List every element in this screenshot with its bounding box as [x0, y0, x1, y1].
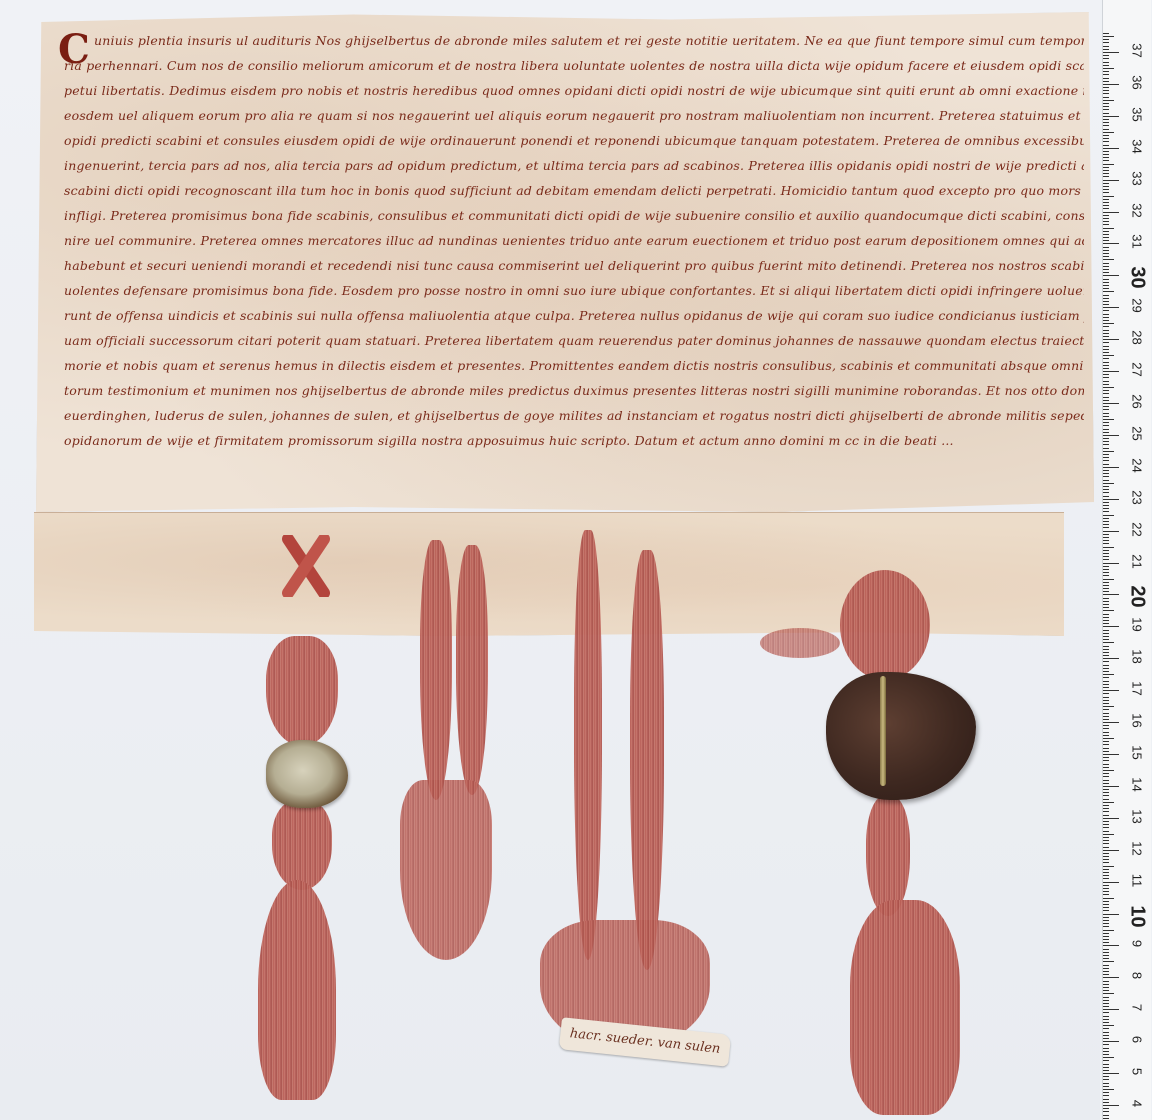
ruler-tick	[1103, 355, 1114, 356]
ruler-tick	[1103, 582, 1109, 583]
ruler-tick	[1103, 202, 1109, 203]
ruler-tick	[1103, 987, 1109, 988]
ruler-tick	[1103, 898, 1114, 899]
ruler-tick	[1103, 377, 1109, 378]
ruler-label: 35	[1130, 102, 1145, 126]
ruler-label: 22	[1130, 517, 1145, 541]
ruler-tick	[1103, 563, 1119, 564]
ruler-label: 12	[1130, 836, 1145, 860]
ruler-label: 24	[1130, 453, 1145, 477]
ruler-tick	[1103, 805, 1109, 806]
ruler-tick	[1103, 259, 1114, 260]
ruler-tick	[1103, 374, 1109, 375]
ruler-tick	[1103, 614, 1109, 615]
ruler-tick	[1103, 1057, 1114, 1058]
ruler-tick	[1103, 119, 1109, 120]
ruler-tick	[1103, 939, 1109, 940]
ruler-tick	[1103, 703, 1109, 704]
ruler-tick	[1103, 738, 1114, 739]
ruler-tick	[1103, 231, 1109, 232]
ruler-tick	[1103, 489, 1109, 490]
ruler-tick	[1103, 633, 1109, 634]
charter-text-line: opidanorum de wije et firmitatem promiss…	[64, 428, 1084, 453]
ruler-tick	[1103, 646, 1109, 647]
ruler-tick	[1103, 808, 1109, 809]
ruler-tick	[1103, 129, 1109, 130]
ruler-tick	[1103, 748, 1109, 749]
ruler-tick	[1103, 923, 1109, 924]
ruler-tick	[1103, 1089, 1114, 1090]
ruler-tick	[1103, 464, 1109, 465]
ruler-tick	[1103, 831, 1109, 832]
ruler-tick	[1103, 279, 1109, 280]
ruler-tick	[1103, 971, 1109, 972]
ruler-tick	[1103, 607, 1109, 608]
ruler-tick	[1103, 125, 1109, 126]
ruler-tick	[1103, 189, 1109, 190]
ruler-tick	[1103, 339, 1119, 340]
ruler-tick	[1103, 713, 1109, 714]
ruler-tick	[1103, 432, 1109, 433]
ruler-tick	[1103, 167, 1109, 168]
ruler-tick	[1103, 116, 1119, 117]
ruler-label: 4	[1130, 1092, 1145, 1116]
ruler-tick	[1103, 859, 1109, 860]
ruler-tick	[1103, 569, 1109, 570]
ruler-tick	[1103, 320, 1109, 321]
ruler-tick	[1103, 955, 1109, 956]
ruler-tick	[1103, 811, 1109, 812]
ruler-tick	[1103, 665, 1109, 666]
ruler-tick	[1103, 1079, 1109, 1080]
charter-text-line: ingenuerint, tercia pars ad nos, alia te…	[64, 153, 1084, 178]
ruler-label: 20	[1126, 585, 1149, 609]
ruler-tick	[1103, 910, 1109, 911]
ruler-tick	[1103, 39, 1109, 40]
ruler-tick	[1103, 700, 1109, 701]
ruler-tick	[1103, 141, 1109, 142]
ruler-tick	[1103, 630, 1109, 631]
ruler-tick	[1103, 58, 1109, 59]
charter-text-line: uolentes defensare promisimus bona fide.…	[64, 278, 1084, 303]
ruler-tick	[1103, 878, 1109, 879]
ruler-tick	[1103, 358, 1109, 359]
ruler-tick	[1103, 984, 1109, 985]
ruler-tick	[1103, 109, 1109, 110]
ruler-tick	[1103, 314, 1109, 315]
ruler-tick	[1103, 103, 1109, 104]
ruler-tick	[1103, 151, 1109, 152]
ruler-tick	[1103, 888, 1109, 889]
ruler-tick	[1103, 199, 1109, 200]
ruler-label: 26	[1130, 390, 1145, 414]
ruler-tick	[1103, 499, 1119, 500]
ruler-tick	[1103, 553, 1109, 554]
ruler-tick	[1103, 390, 1109, 391]
ruler-tick	[1103, 961, 1114, 962]
ruler-tick	[1103, 448, 1109, 449]
charter-text-line: morie et nobis quam et serenus hemus in …	[64, 353, 1084, 378]
ruler-tick	[1103, 515, 1114, 516]
ruler-tick	[1103, 52, 1119, 53]
ruler-tick	[1103, 674, 1114, 675]
ruler-label: 7	[1130, 996, 1145, 1020]
ruler-tick	[1103, 160, 1109, 161]
ruler-tick	[1103, 135, 1109, 136]
ruler-tick	[1103, 642, 1114, 643]
ruler-tick	[1103, 106, 1109, 107]
ruler-tick	[1103, 840, 1109, 841]
ruler-tick	[1103, 754, 1119, 755]
ruler-tick	[1103, 795, 1109, 796]
ruler-label: 28	[1130, 326, 1145, 350]
ruler-tick	[1103, 196, 1114, 197]
ruler-label: 8	[1130, 964, 1145, 988]
ruler-tick	[1103, 46, 1109, 47]
ruler-tick	[1103, 579, 1114, 580]
ruler-tick	[1103, 81, 1109, 82]
ruler-label: 31	[1130, 230, 1145, 254]
ruler-tick	[1103, 920, 1109, 921]
ruler-tick	[1103, 709, 1109, 710]
ruler-tick	[1103, 307, 1119, 308]
ruler-tick	[1103, 1019, 1109, 1020]
ruler-tick	[1103, 1060, 1109, 1061]
ruler-tick	[1103, 170, 1109, 171]
ruler-tick	[1103, 636, 1109, 637]
ruler-tick	[1103, 741, 1109, 742]
ruler-tick	[1103, 524, 1109, 525]
ruler-tick	[1103, 298, 1109, 299]
ruler-label: 18	[1130, 645, 1145, 669]
ruler-tick	[1103, 1099, 1109, 1100]
ruler-label: 33	[1130, 166, 1145, 190]
ruler-tick	[1103, 760, 1109, 761]
ruler-tick	[1103, 470, 1109, 471]
ruler-tick	[1103, 572, 1109, 573]
ruler-tick	[1103, 310, 1109, 311]
ruler-label: 37	[1130, 39, 1145, 63]
ruler-tick	[1103, 744, 1109, 745]
ruler-tick	[1103, 400, 1109, 401]
ruler-tick	[1103, 550, 1109, 551]
ruler-tick	[1103, 68, 1114, 69]
ruler-label: 9	[1130, 932, 1145, 956]
ruler-tick	[1103, 894, 1109, 895]
ruler-tick	[1103, 885, 1109, 886]
ruler-tick	[1103, 827, 1109, 828]
charter-text-line: torum testimonium et munimen nos ghijsel…	[64, 378, 1084, 403]
ruler-tick	[1103, 658, 1119, 659]
ruler-tick	[1103, 49, 1109, 50]
ruler-tick	[1103, 620, 1109, 621]
ruler-tick	[1103, 97, 1109, 98]
ruler-tick	[1103, 387, 1114, 388]
crossed-cord-attachment	[282, 535, 330, 597]
ruler-tick	[1103, 78, 1109, 79]
ruler-tick	[1103, 429, 1109, 430]
ruler-tick	[1103, 853, 1109, 854]
ruler-tick	[1103, 681, 1109, 682]
ruler-tick	[1103, 716, 1109, 717]
ruler-label: 11	[1130, 868, 1145, 892]
ruler-tick	[1103, 192, 1109, 193]
ruler-tick	[1103, 371, 1119, 372]
charter-text-line: infligi. Preterea promisimus bona fide s…	[64, 203, 1084, 228]
ruler-tick	[1103, 936, 1109, 937]
ruler-tick	[1103, 706, 1114, 707]
ruler-tick	[1103, 997, 1109, 998]
ruler-tick	[1103, 113, 1109, 114]
ruler-tick	[1103, 173, 1109, 174]
ruler-tick	[1103, 566, 1109, 567]
ruler-label: 13	[1130, 804, 1145, 828]
ruler-tick	[1103, 476, 1109, 477]
charter-text-line: euerdinghen, luderus de sulen, johannes …	[64, 403, 1084, 428]
ruler-tick	[1103, 1032, 1109, 1033]
ruler-tick	[1103, 93, 1109, 94]
charter-text-line: opidi predicti scabini et consules eiusd…	[64, 128, 1084, 153]
ruler-tick	[1103, 1105, 1119, 1106]
ruler-tick	[1103, 397, 1109, 398]
ruler-tick	[1103, 767, 1109, 768]
ruler-tick	[1103, 1115, 1109, 1116]
ruler-tick	[1103, 480, 1109, 481]
ruler-label: 10	[1126, 904, 1149, 928]
ruler-tick	[1103, 751, 1109, 752]
ruler-tick	[1103, 661, 1109, 662]
ruler-tick	[1103, 591, 1109, 592]
ruler-tick	[1103, 247, 1109, 248]
ruler-tick	[1103, 285, 1109, 286]
ruler-tick	[1103, 157, 1109, 158]
ruler-tick	[1103, 1028, 1109, 1029]
ruler-tick	[1103, 253, 1109, 254]
ruler-tick	[1103, 655, 1109, 656]
ruler-tick	[1103, 534, 1109, 535]
ruler-tick	[1103, 36, 1114, 37]
ruler-tick	[1103, 176, 1109, 177]
charter-text-line: uniuis plentia insuris ul audituris Nos …	[64, 28, 1084, 53]
ruler-tick	[1103, 725, 1109, 726]
ruler-tick	[1103, 234, 1109, 235]
ruler-tick	[1103, 1073, 1119, 1074]
ruler-tick	[1103, 792, 1109, 793]
ruler-tick	[1103, 917, 1109, 918]
ruler-tick	[1103, 186, 1109, 187]
ruler-tick	[1103, 154, 1109, 155]
ruler-tick	[1103, 1095, 1109, 1096]
ruler-tick	[1103, 87, 1109, 88]
ruler-tick	[1103, 850, 1119, 851]
ruler-tick	[1103, 304, 1109, 305]
ruler-tick	[1103, 42, 1109, 43]
ruler-tick	[1103, 559, 1109, 560]
ruler-tick	[1103, 183, 1109, 184]
ruler-label: 29	[1130, 294, 1145, 318]
ruler-tick	[1103, 1111, 1109, 1112]
ruler-tick	[1103, 508, 1109, 509]
ruler-tick	[1103, 65, 1109, 66]
ruler-tick	[1103, 342, 1109, 343]
ruler-tick	[1103, 626, 1119, 627]
ruler-tick	[1103, 317, 1109, 318]
wax-seal-fragment	[266, 740, 348, 808]
ruler-tick	[1103, 84, 1119, 85]
ruler-tick	[1103, 444, 1109, 445]
ruler-tick	[1103, 684, 1109, 685]
ruler-tick	[1103, 722, 1119, 723]
ruler-tick	[1103, 336, 1109, 337]
ruler-tick	[1103, 291, 1114, 292]
ruler-tick	[1103, 735, 1109, 736]
ruler-tick	[1103, 1064, 1109, 1065]
ruler-tick	[1103, 1048, 1109, 1049]
ruler-tick	[1103, 269, 1109, 270]
charter-text-line: nire uel communire. Preterea omnes merca…	[64, 228, 1084, 253]
ruler-tick	[1103, 719, 1109, 720]
ruler-tick	[1103, 228, 1114, 229]
ruler-tick	[1103, 697, 1109, 698]
ruler-tick	[1103, 926, 1109, 927]
ruler-tick	[1103, 505, 1109, 506]
ruler-tick	[1103, 1016, 1109, 1017]
ruler-tick	[1103, 164, 1114, 165]
ruler-tick	[1103, 1025, 1114, 1026]
ruler-tick	[1103, 933, 1109, 934]
ruler-tick	[1103, 990, 1109, 991]
ruler-tick	[1103, 1108, 1109, 1109]
ruler-tick	[1103, 882, 1119, 883]
ruler-tick	[1103, 435, 1119, 436]
ruler-tick	[1103, 365, 1109, 366]
ruler-tick	[1103, 1009, 1119, 1010]
ruler-tick	[1103, 467, 1119, 468]
ruler-label: 34	[1130, 134, 1145, 158]
ruler-tick	[1103, 1083, 1109, 1084]
ruler-tick	[1103, 623, 1109, 624]
ruler-tick	[1103, 693, 1109, 694]
ruler-tick	[1103, 993, 1114, 994]
ruler-tick	[1103, 1092, 1109, 1093]
ruler-tick	[1103, 1070, 1109, 1071]
ruler-tick	[1103, 780, 1109, 781]
ruler-tick	[1103, 218, 1109, 219]
ruler-label: 6	[1130, 1028, 1145, 1052]
ruler-tick	[1103, 473, 1109, 474]
ruler-tick	[1103, 349, 1109, 350]
ruler-label: 21	[1130, 549, 1145, 573]
ruler-tick	[1103, 862, 1109, 863]
ruler-tick	[1103, 1044, 1109, 1045]
ruler-tick	[1103, 977, 1119, 978]
ruler-tick	[1103, 901, 1109, 902]
ruler-tick	[1103, 598, 1109, 599]
ruler-tick	[1103, 1038, 1109, 1039]
ruler-label: 36	[1130, 70, 1145, 94]
ruler-tick	[1103, 90, 1109, 91]
ruler-tick	[1103, 215, 1109, 216]
ruler-tick	[1103, 1003, 1109, 1004]
ruler-tick	[1103, 601, 1109, 602]
ruler-tick	[1103, 834, 1114, 835]
ruler-tick	[1103, 1006, 1109, 1007]
ruler-tick	[1103, 604, 1109, 605]
ruler-tick	[1103, 764, 1109, 765]
ruler-tick	[1103, 949, 1109, 950]
ruler-label: 15	[1130, 741, 1145, 765]
ruler-label: 19	[1130, 613, 1145, 637]
ruler-tick	[1103, 594, 1119, 595]
ruler-tick	[1103, 1035, 1109, 1036]
ruler-label: 25	[1130, 421, 1145, 445]
ruler-tick	[1103, 243, 1119, 244]
ruler-tick	[1103, 1041, 1119, 1042]
ruler-tick	[1103, 757, 1109, 758]
ruler-tick	[1103, 403, 1119, 404]
ruler-tick	[1103, 212, 1119, 213]
ruler-tick	[1103, 776, 1109, 777]
ruler-tick	[1103, 904, 1109, 905]
ruler-tick	[1103, 585, 1109, 586]
ruler-tick	[1103, 483, 1114, 484]
ruler-tick	[1103, 496, 1109, 497]
ruler-label: 32	[1130, 198, 1145, 222]
ruler-tick	[1103, 406, 1109, 407]
ruler-tick	[1103, 907, 1109, 908]
ruler-tick	[1103, 547, 1114, 548]
charter-text-line: ria perhennari. Cum nos de consilio meli…	[64, 53, 1084, 78]
ruler-tick	[1103, 687, 1109, 688]
ruler-tick	[1103, 821, 1109, 822]
ruler-tick	[1103, 301, 1109, 302]
ruler-tick	[1103, 732, 1109, 733]
ruler-tick	[1103, 543, 1109, 544]
ruler-tick	[1103, 62, 1109, 63]
ruler-tick	[1103, 55, 1109, 56]
ruler-tick	[1103, 138, 1109, 139]
ruler-tick	[1103, 872, 1109, 873]
ruler-tick	[1103, 180, 1119, 181]
ruler-tick	[1103, 789, 1109, 790]
ruler-tick	[1103, 416, 1109, 417]
ruler-tick	[1103, 671, 1109, 672]
ruler-tick	[1103, 409, 1109, 410]
ruler-tick	[1103, 1022, 1109, 1023]
ruler-tick	[1103, 208, 1109, 209]
ruler-tick	[1103, 205, 1109, 206]
ruler-tick	[1103, 968, 1109, 969]
ruler-tick	[1103, 537, 1109, 538]
ruler-tick	[1103, 783, 1109, 784]
ruler-tick	[1103, 556, 1109, 557]
ruler-label: 14	[1130, 772, 1145, 796]
ruler-tick	[1103, 770, 1114, 771]
ruler-tick	[1103, 575, 1109, 576]
ruler-tick	[1103, 323, 1114, 324]
ruler-label: 16	[1130, 709, 1145, 733]
ruler-tick	[1103, 295, 1109, 296]
ruler-tick	[1103, 815, 1109, 816]
ruler-tick	[1103, 1054, 1109, 1055]
ruler-tick	[1103, 617, 1109, 618]
ruler-tick	[1103, 531, 1119, 532]
ruler-tick	[1103, 802, 1114, 803]
ruler-tick	[1103, 381, 1109, 382]
ruler-tick	[1103, 837, 1109, 838]
ruler-tick	[1103, 425, 1109, 426]
ruler-tick	[1103, 132, 1114, 133]
